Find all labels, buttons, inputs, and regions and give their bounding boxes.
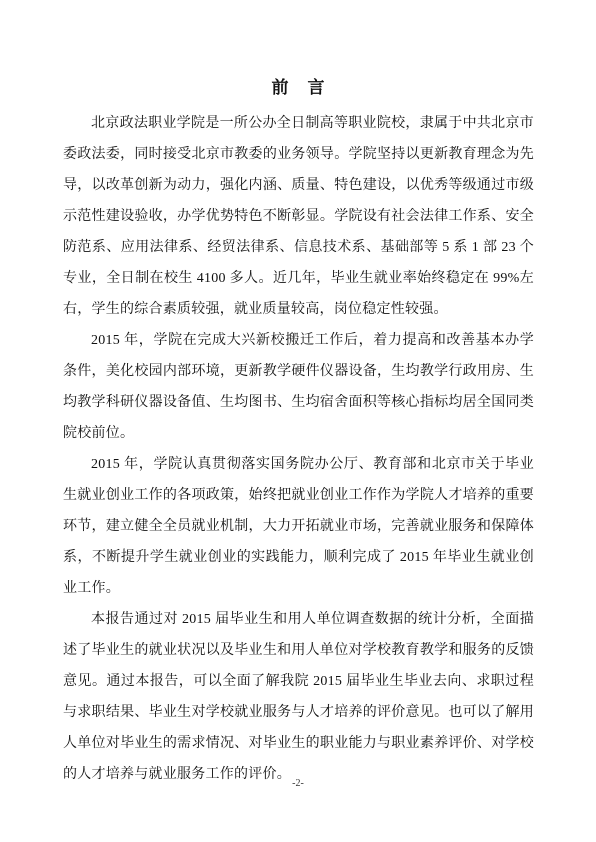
paragraph-intro-college: 北京政法职业学院是一所公办全日制高等职业院校，隶属于中共北京市委政法委，同时接受…: [63, 108, 534, 325]
page-number: -2-: [0, 778, 596, 789]
page-title: 前 言: [63, 72, 534, 103]
paragraph-report-overview: 本报告通过对 2015 届毕业生和用人单位调查数据的统计分析，全面描述了毕业生的…: [63, 604, 534, 790]
paragraph-employment-policy: 2015 年，学院认真贯彻落实国务院办公厅、教育部和北京市关于毕业生就业创业工作…: [63, 449, 534, 604]
page-content: 前 言 北京政法职业学院是一所公办全日制高等职业院校，隶属于中共北京市委政法委，…: [63, 72, 534, 790]
paragraph-campus-relocation: 2015 年，学院在完成大兴新校搬迁工作后，着力提高和改善基本办学条件，美化校园…: [63, 325, 534, 449]
document-page: 前 言 北京政法职业学院是一所公办全日制高等职业院校，隶属于中共北京市委政法委，…: [0, 0, 596, 842]
